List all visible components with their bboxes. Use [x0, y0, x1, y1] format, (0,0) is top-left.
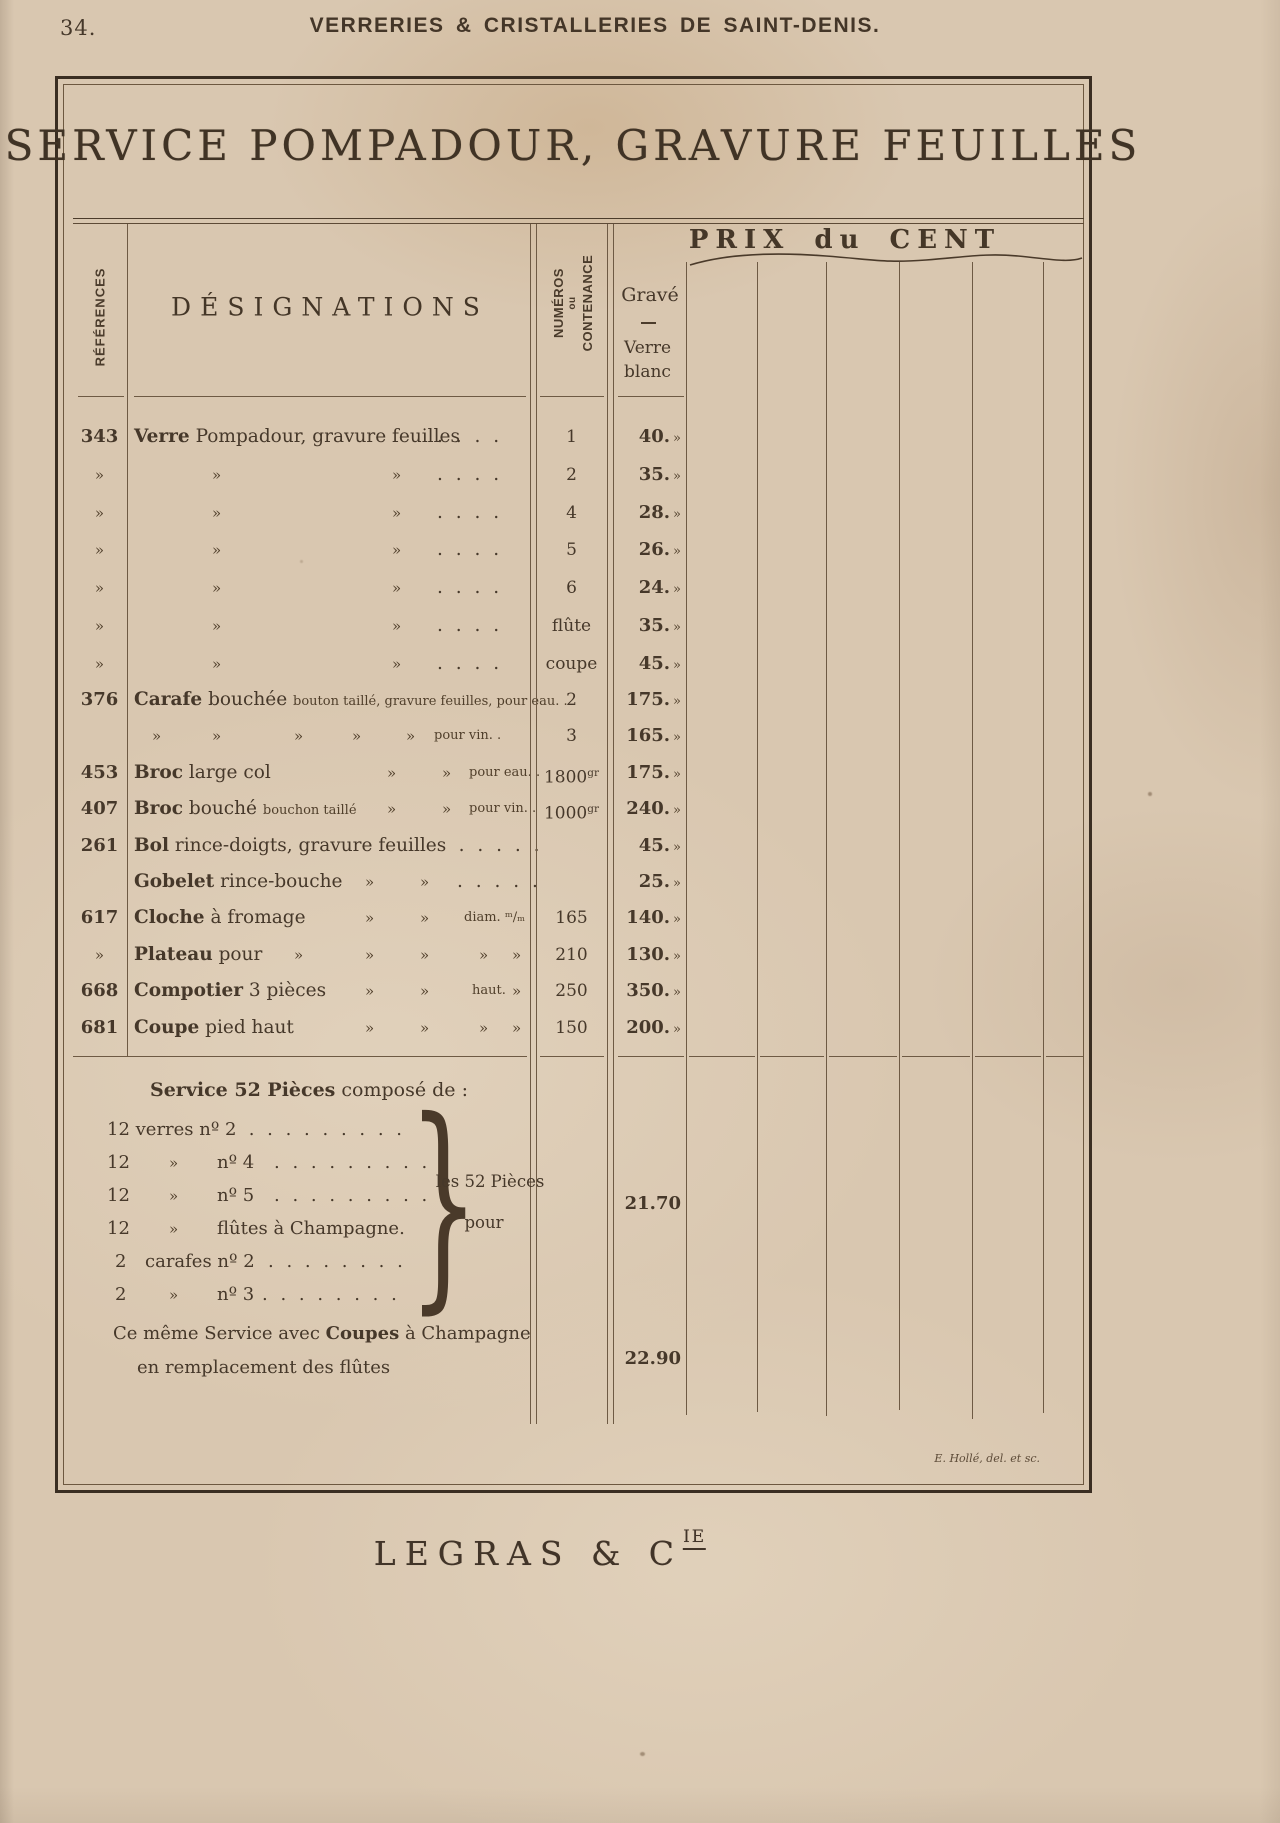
- text-segment: Verre: [134, 426, 190, 447]
- column-divider-line: [757, 262, 758, 1412]
- text-segment: 2: [115, 1247, 126, 1277]
- text-segment: bouchon taillé: [263, 803, 357, 818]
- service-note-line2: en remplacement des flûtes: [137, 1354, 390, 1382]
- ditto-mark: »: [420, 903, 429, 933]
- paper-speck: [300, 560, 303, 563]
- text-segment: 2: [115, 1280, 126, 1310]
- numero-cell: 4: [536, 498, 607, 528]
- ditto-mark: »: [392, 535, 401, 565]
- price-centimes-mark: »: [670, 507, 681, 522]
- ditto-mark: »: [294, 721, 303, 751]
- price-cell: 140.»: [611, 903, 681, 935]
- row-divider-line: [1046, 1056, 1083, 1057]
- text-segment: pied haut: [199, 1017, 294, 1038]
- ref-cell: »: [72, 649, 127, 679]
- text-segment: . . . . .: [454, 867, 541, 897]
- text-segment: . . . . . . . . .: [271, 1181, 431, 1211]
- text-segment: Broc: [134, 798, 183, 819]
- price-centimes-mark: »: [670, 694, 681, 709]
- column-divider-line: [536, 224, 537, 1424]
- price-value: 130.: [626, 944, 670, 965]
- price-value: 175.: [626, 762, 670, 783]
- ditto-mark: »: [442, 758, 451, 788]
- price-cell: 26.»: [611, 535, 681, 567]
- numero-unit-sup: gr: [587, 767, 599, 779]
- ditto-mark: »: [212, 535, 221, 565]
- row-divider-line: [134, 396, 526, 397]
- numero-cell: 1800gr: [536, 758, 607, 793]
- designation-cell: Broc bouché bouchon taillé»»pour vin. .: [134, 794, 530, 826]
- text-segment: Service 52 Pièces: [150, 1079, 335, 1101]
- ditto-mark: »: [392, 649, 401, 679]
- ditto-mark: »: [442, 794, 451, 824]
- text-segment: Coupe: [134, 1017, 199, 1038]
- numeros-line3: CONTENANCE: [579, 255, 596, 352]
- price-cell: 25.»: [611, 867, 681, 899]
- price-centimes-mark: »: [670, 544, 681, 559]
- text-segment: flûtes à Champagne.: [217, 1214, 405, 1244]
- service-brace: }: [408, 1100, 479, 1308]
- service-item-row: 12»nº 4. . . . . . . . .: [107, 1148, 437, 1178]
- ditto-mark: »: [387, 758, 396, 788]
- price-value: 35.: [639, 615, 670, 636]
- ref-cell: 261: [72, 831, 127, 861]
- ditto-mark: »: [365, 976, 374, 1006]
- text-segment: 12: [107, 1152, 130, 1173]
- ditto-mark: »: [169, 1148, 178, 1178]
- row-divider-line: [618, 1056, 684, 1057]
- price-value: 140.: [626, 907, 670, 928]
- text-segment: à fromage: [205, 907, 306, 928]
- text-segment: Cloche: [134, 907, 205, 928]
- footer-name-text: LEGRAS & C: [374, 1534, 683, 1573]
- text-segment: nº 4: [217, 1148, 254, 1178]
- row-divider-line: [73, 1056, 527, 1057]
- column-header-numeros: NUMÉROS ou CONTENANCE: [550, 255, 596, 352]
- paper-speck: [1148, 792, 1152, 796]
- numeros-line1: NUMÉROS: [550, 255, 567, 352]
- text-segment: 3 pièces: [243, 980, 326, 1001]
- ditto-mark: »: [512, 976, 521, 1006]
- ditto-mark: »: [169, 1181, 178, 1211]
- designation-cell: Plateau pour »»»»»: [134, 940, 530, 970]
- ditto-mark: »: [365, 903, 374, 933]
- ditto-mark: »: [392, 460, 401, 490]
- service-alt-price: 22.90: [611, 1348, 681, 1369]
- ditto-mark: »: [365, 867, 374, 897]
- row-divider-line: [78, 396, 124, 397]
- text-segment: Plateau: [134, 944, 213, 965]
- ditto-mark: »: [420, 976, 429, 1006]
- price-cell: 35.»: [611, 460, 681, 492]
- text-segment: diam. ᵐ/ₘ: [464, 903, 525, 933]
- column-divider-line: [826, 262, 827, 1416]
- ref-cell: »: [72, 498, 127, 528]
- brace-label-pieces: les 52 Pièces: [436, 1172, 545, 1191]
- column-divider-line: [607, 224, 608, 1424]
- price-cell: 175.»: [611, 685, 681, 717]
- price-value: 45.: [639, 653, 670, 674]
- numero-cell: 1: [536, 422, 607, 452]
- ditto-mark: »: [212, 498, 221, 528]
- numero-cell: 165: [536, 903, 607, 933]
- ditto-mark: »: [365, 940, 374, 970]
- designation-cell: Carafe bouchée bouton taillé, gravure fe…: [134, 685, 530, 717]
- text-segment: pour vin. .: [434, 721, 501, 751]
- numero-cell: flûte: [536, 611, 607, 641]
- text-segment: . . . . . . . .: [259, 1280, 400, 1310]
- text-segment: . . . .: [434, 422, 503, 452]
- text-segment: large col: [183, 762, 271, 783]
- price-value: 24.: [639, 577, 670, 598]
- subheader-blanc: blanc: [624, 362, 671, 382]
- price-value: 165.: [626, 725, 670, 746]
- ditto-mark: »: [512, 940, 521, 970]
- row-divider-line: [760, 1056, 824, 1057]
- numero-cell: 2: [536, 460, 607, 490]
- designation-cell: Gobelet rince-bouche»». . . . .: [134, 867, 530, 897]
- numero-cell: 3: [536, 721, 607, 751]
- text-segment: 12: [107, 1218, 130, 1239]
- service-item-row: 12 verres nº 2 . . . . . . . . .: [107, 1115, 437, 1145]
- text-segment: . . . .: [434, 460, 503, 490]
- ditto-mark: »: [365, 1013, 374, 1043]
- price-cell: 165.»: [611, 721, 681, 753]
- running-header: VERRERIES & CRISTALLERIES DE SAINT-DENIS…: [310, 14, 881, 38]
- text-segment: Gobelet: [134, 871, 214, 892]
- column-divider-line: [127, 224, 128, 1057]
- text-segment: nº 5: [217, 1181, 254, 1211]
- numero-cell: 2: [536, 685, 607, 715]
- ditto-mark: »: [212, 611, 221, 641]
- text-segment: Coupes: [326, 1323, 400, 1344]
- price-cell: 28.»: [611, 498, 681, 530]
- text-segment: . . . .: [434, 535, 503, 565]
- row-divider-line: [975, 1056, 1041, 1057]
- numero-cell: 250: [536, 976, 607, 1006]
- ditto-mark: »: [212, 573, 221, 603]
- ditto-mark: »: [392, 573, 401, 603]
- numero-unit-sup: gr: [587, 803, 599, 815]
- ditto-mark: »: [479, 940, 488, 970]
- paper-speck: [640, 1752, 645, 1756]
- text-segment: . . . .: [434, 649, 503, 679]
- designation-cell: Broc large col»»pour eau. .: [134, 758, 530, 788]
- price-cell: 45.»: [611, 649, 681, 681]
- ref-cell: 617: [72, 903, 127, 933]
- price-centimes-mark: »: [670, 840, 681, 855]
- price-cell: 45.»: [611, 831, 681, 863]
- price-value: 200.: [626, 1017, 670, 1038]
- service-note-line1: Ce même Service avec Coupes à Champagne: [113, 1320, 531, 1348]
- price-cell: 350.»: [611, 976, 681, 1008]
- ditto-mark: »: [212, 460, 221, 490]
- text-segment: rince-doigts, gravure feuilles: [169, 835, 446, 856]
- ref-cell: »: [72, 611, 127, 641]
- ditto-mark: »: [392, 611, 401, 641]
- page-number: 34.: [60, 16, 96, 40]
- row-divider-line: [540, 396, 604, 397]
- text-segment: . . . .: [434, 498, 503, 528]
- price-centimes-mark: »: [670, 582, 681, 597]
- text-segment: Carafe: [134, 689, 202, 710]
- price-centimes-mark: »: [670, 620, 681, 635]
- text-segment: Ce même Service avec: [113, 1323, 326, 1344]
- ref-cell: 343: [72, 422, 127, 452]
- column-divider-line: [899, 262, 900, 1410]
- row-divider-line: [540, 1056, 604, 1057]
- text-segment: rince-bouche: [214, 871, 342, 892]
- numeros-line2: ou: [567, 255, 579, 352]
- ref-cell: 376: [72, 685, 127, 715]
- price-cell: 130.»: [611, 940, 681, 972]
- text-segment: . . . . . . . . .: [237, 1119, 406, 1140]
- price-centimes-mark: »: [670, 876, 681, 891]
- text-segment: 12 verres nº 2: [107, 1119, 237, 1140]
- price-cell: 40.»: [611, 422, 681, 454]
- ditto-mark: »: [352, 721, 361, 751]
- price-centimes-mark: »: [670, 730, 681, 745]
- service-price: 21.70: [611, 1193, 681, 1214]
- designation-cell: Compotier 3 pièces»»haut.»: [134, 976, 530, 1006]
- price-centimes-mark: »: [670, 912, 681, 927]
- ref-cell: »: [72, 460, 127, 490]
- column-header-references: RÉFÉRENCES: [93, 268, 108, 367]
- title-divider-rule: [73, 218, 1084, 224]
- text-segment: . . . .: [434, 573, 503, 603]
- price-cell: 175.»: [611, 758, 681, 790]
- service-item-row: 2carafes nº 2. . . . . . . .: [107, 1247, 437, 1277]
- numero-cell: coupe: [536, 649, 607, 679]
- price-value: 26.: [639, 539, 670, 560]
- ref-cell: 668: [72, 976, 127, 1006]
- ditto-mark: »: [212, 649, 221, 679]
- price-centimes-mark: »: [670, 767, 681, 782]
- ditto-mark: »: [169, 1280, 178, 1310]
- brace-label-pour: pour: [464, 1213, 503, 1232]
- price-value: 350.: [626, 980, 670, 1001]
- text-segment: pour: [213, 944, 263, 965]
- footer-company-name: LEGRAS & CIE: [374, 1534, 706, 1573]
- service-item-row: 12»nº 5. . . . . . . . .: [107, 1181, 437, 1211]
- engraver-credit: E. Hollé, del. et sc.: [934, 1452, 1040, 1465]
- ref-cell: 407: [72, 794, 127, 824]
- price-cell: 35.»: [611, 611, 681, 643]
- ditto-mark: »: [406, 721, 415, 751]
- text-segment: . . . . . . . .: [265, 1247, 406, 1277]
- price-cell: 200.»: [611, 1013, 681, 1045]
- designation-cell: Coupe pied haut»»»»: [134, 1013, 530, 1043]
- subheader-dash: [641, 322, 656, 324]
- text-segment: Bol: [134, 835, 169, 856]
- subheader-grave: Gravé: [621, 284, 679, 306]
- price-centimes-mark: »: [670, 658, 681, 673]
- text-segment: Broc: [134, 762, 183, 783]
- text-segment: pour vin. .: [469, 794, 536, 824]
- numero-cell: 1000gr: [536, 794, 607, 829]
- column-divider-line: [613, 224, 614, 1424]
- ditto-mark: »: [169, 1214, 178, 1244]
- numero-cell: 6: [536, 573, 607, 603]
- text-segment: Pompadour, gravure feuilles: [190, 426, 460, 447]
- column-divider-line: [1043, 262, 1044, 1413]
- price-centimes-mark: »: [670, 469, 681, 484]
- service-item-row: 2»nº 3. . . . . . . .: [107, 1280, 437, 1310]
- ref-cell: »: [72, 573, 127, 603]
- ref-cell: 453: [72, 758, 127, 788]
- price-centimes-mark: »: [670, 803, 681, 818]
- row-divider-line: [902, 1056, 970, 1057]
- price-value: 28.: [639, 502, 670, 523]
- text-segment: haut.: [472, 976, 506, 1006]
- ref-cell: »: [72, 535, 127, 565]
- price-centimes-mark: »: [670, 985, 681, 1000]
- text-segment: carafes nº 2: [145, 1247, 255, 1277]
- catalog-page: 34. VERRERIES & CRISTALLERIES DE SAINT-D…: [0, 0, 1280, 1823]
- plate-title: SERVICE POMPADOUR, GRAVURE FEUILLES: [5, 121, 1142, 170]
- text-segment: . . . . .: [446, 835, 543, 856]
- price-centimes-mark: »: [670, 431, 681, 446]
- row-divider-line: [618, 396, 684, 397]
- ditto-mark: »: [420, 867, 429, 897]
- designation-cell: Bol rince-doigts, gravure feuilles . . .…: [134, 831, 530, 861]
- subheader-verre: Verre: [624, 338, 671, 358]
- row-divider-line: [689, 1056, 755, 1057]
- text-segment: nº 3: [217, 1280, 254, 1310]
- column-divider-line: [686, 262, 687, 1415]
- service-item-row: 12»flûtes à Champagne.: [107, 1214, 437, 1244]
- ditto-mark: »: [387, 794, 396, 824]
- ditto-mark: »: [212, 721, 221, 751]
- text-segment: . . . . . . . . .: [271, 1148, 431, 1178]
- price-centimes-mark: »: [670, 1022, 681, 1037]
- price-cell: 240.»: [611, 794, 681, 826]
- column-header-designations: DÉSIGNATIONS: [171, 293, 489, 322]
- ditto-mark: »: [152, 721, 161, 751]
- price-value: 35.: [639, 464, 670, 485]
- numero-cell: 150: [536, 1013, 607, 1043]
- text-segment: . . . .: [434, 611, 503, 641]
- ditto-mark: »: [479, 1013, 488, 1043]
- footer-name-sup: IE: [683, 1527, 706, 1550]
- text-segment: à Champagne: [399, 1323, 530, 1344]
- ditto-mark: »: [294, 940, 303, 970]
- row-divider-line: [829, 1056, 897, 1057]
- price-value: 40.: [639, 426, 670, 447]
- price-value: 45.: [639, 835, 670, 856]
- ditto-mark: »: [420, 1013, 429, 1043]
- column-divider-line: [530, 224, 531, 1424]
- ditto-mark: »: [420, 940, 429, 970]
- ditto-mark: »: [512, 1013, 521, 1043]
- price-cell: 24.»: [611, 573, 681, 605]
- text-segment: 12: [107, 1185, 130, 1206]
- text-segment: bouchée: [202, 689, 293, 710]
- ditto-mark: »: [392, 498, 401, 528]
- numero-cell: 210: [536, 940, 607, 970]
- column-divider-line: [972, 262, 973, 1419]
- prix-brace-curve: [688, 250, 1084, 268]
- price-centimes-mark: »: [670, 949, 681, 964]
- price-value: 175.: [626, 689, 670, 710]
- price-value: 25.: [639, 871, 670, 892]
- numero-cell: 5: [536, 535, 607, 565]
- text-segment: bouton taillé, gravure feuilles, pour ea…: [293, 694, 568, 709]
- designation-cell: Cloche à fromage»»diam. ᵐ/ₘ: [134, 903, 530, 933]
- text-segment: Compotier: [134, 980, 243, 1001]
- price-value: 240.: [626, 798, 670, 819]
- designation-cell: Verre Pompadour, gravure feuilles. . . .: [134, 422, 530, 452]
- ref-cell: 681: [72, 1013, 127, 1043]
- ref-cell: »: [72, 940, 127, 970]
- text-segment: bouché: [183, 798, 263, 819]
